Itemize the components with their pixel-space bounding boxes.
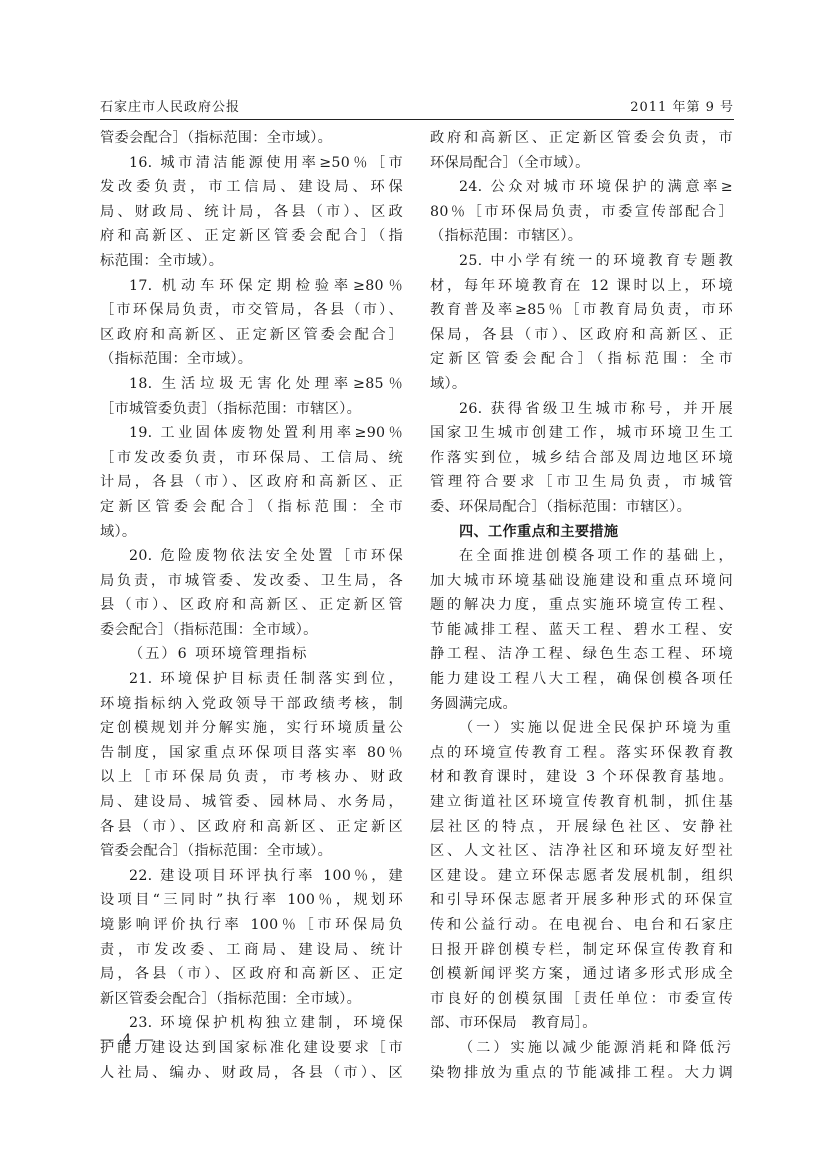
text-line: 建立街道社区环境宣传教育机制，抓住基 xyxy=(430,790,733,815)
text-line: 局负责，市城管委、发改委、卫生局，各 xyxy=(100,569,403,594)
text-line: 局，各县（市）、区政府和高新区、正定 xyxy=(100,962,403,987)
text-line: 各县（市）、区政府和高新区、正定新区 xyxy=(100,815,403,840)
text-line: 计局，各县（市）、区政府和高新区、正 xyxy=(100,470,403,495)
text-line: 设项目“三同时”执行率 100％，规划环 xyxy=(100,888,403,913)
text-line: 环境指标纳入党政领导干部政绩考核，制 xyxy=(100,692,403,717)
text-line: 80％［市环保局负责，市委宣传部配合］ xyxy=(430,200,733,225)
text-line: 委会配合］（指标范围：全市域）。 xyxy=(100,618,403,643)
text-line: 定新区管委会配合］（指标范围：全市 xyxy=(100,495,403,520)
text-line: 点的环境宣传教育工程。落实环保教育教 xyxy=(430,741,733,766)
text-line: 21. 环境保护目标责任制落实到位， xyxy=(100,667,403,692)
text-line: 四、工作重点和主要措施 xyxy=(430,520,733,545)
text-line: ［市环保局负责，市交管局，各县（市）、 xyxy=(100,298,403,323)
text-line: 部、市环保局 教育局］。 xyxy=(430,1011,733,1036)
text-line: 区建设。建立环保志愿者发展机制，组织 xyxy=(430,864,733,889)
text-line: （指标范围：全市域）。 xyxy=(100,347,403,372)
text-line: 人社局、编办、财政局，各县（市）、区 xyxy=(100,1061,403,1086)
text-line: 境影响评价执行率 100％［市环保局负 xyxy=(100,913,403,938)
text-line: 静工程、洁净工程、绿色生态工程、环境 xyxy=(430,642,733,667)
text-line: 区、人文社区、洁净社区和环境友好型社 xyxy=(430,839,733,864)
text-line: ［市发改委负责，市环保局、工信局、统 xyxy=(100,446,403,471)
text-line: 创模新闻评奖方案，通过诸多形式形成全 xyxy=(430,962,733,987)
text-line: 务圆满完成。 xyxy=(430,692,733,717)
text-line: 局、建设局、城管委、园林局、水务局， xyxy=(100,790,403,815)
text-line: 节能减排工程、蓝天工程、碧水工程、安 xyxy=(430,618,733,643)
text-line: 保局，各县（市）、区政府和高新区、正 xyxy=(430,323,733,348)
text-line: （一）实施以促进全民保护环境为重 xyxy=(430,716,733,741)
text-line: 管委会配合］（指标范围：全市域）。 xyxy=(100,126,403,151)
running-header: 石家庄市人民政府公报 2011 年第 9 号 xyxy=(100,96,734,118)
text-line: 传和公益行动。在电视台、电台和石家庄 xyxy=(430,913,733,938)
text-line: 材和教育课时，建设 3 个环保教育基地。 xyxy=(430,765,733,790)
text-line: 局、财政局、统计局，各县（市）、区政 xyxy=(100,200,403,225)
text-line: 层社区的特点，开展绿色社区、安静社 xyxy=(430,815,733,840)
text-line: （五）6 项环境管理指标 xyxy=(100,642,403,667)
text-line: 市良好的创模氛围［责任单位：市委宣传 xyxy=(430,987,733,1012)
text-line: 18. 生活垃圾无害化处理率≥85％ xyxy=(100,372,403,397)
text-line: 国家卫生城市创建工作，城市环境卫生工 xyxy=(430,421,733,446)
text-line: 以上［市环保局负责，市考核办、财政 xyxy=(100,765,403,790)
publication-title: 石家庄市人民政府公报 xyxy=(100,96,240,115)
text-line: 17. 机动车环保定期检验率≥80％ xyxy=(100,274,403,299)
text-line: 政府和高新区、正定新区管委会负责，市 xyxy=(430,126,733,151)
text-line: 府和高新区、正定新区管委会配合］（指 xyxy=(100,224,403,249)
text-line: 域）。 xyxy=(430,372,733,397)
text-line: （二）实施以减少能源消耗和降低污 xyxy=(430,1036,733,1061)
text-line: 委、环保局配合］（指标范围：市辖区）。 xyxy=(430,495,733,520)
text-line: 日报开辟创模专栏，制定环保宣传教育和 xyxy=(430,938,733,963)
text-line: ［市城管委负责］（指标范围：市辖区）。 xyxy=(100,397,403,422)
text-line: 20. 危险废物依法安全处置［市环保 xyxy=(100,544,403,569)
text-line: 26. 获得省级卫生城市称号，并开展 xyxy=(430,397,733,422)
text-line: 25. 中小学有统一的环境教育专题教 xyxy=(430,249,733,274)
header-divider xyxy=(100,119,734,120)
text-line: 环保局配合］（全市域）。 xyxy=(430,151,733,176)
text-line: 和引导环保志愿者开展多种形式的环保宣 xyxy=(430,888,733,913)
text-line: 在全面推进创模各项工作的基础上， xyxy=(430,544,733,569)
text-line: 责，市发改委、工商局、建设局、统计 xyxy=(100,938,403,963)
text-line: （指标范围：市辖区）。 xyxy=(430,224,733,249)
text-line: 19. 工业固体废物处置利用率≥90％ xyxy=(100,421,403,446)
right-column: 政府和高新区、正定新区管委会负责，市环保局配合］（全市域）。24. 公众对城市环… xyxy=(430,126,733,1085)
page-number: — 4 — xyxy=(100,1032,156,1048)
text-line: 定新区管委会配合］（指标范围：全市 xyxy=(430,347,733,372)
text-line: 加大城市环境基础设施建设和重点环境问 xyxy=(430,569,733,594)
text-line: 管委会配合］（指标范围：全市域）。 xyxy=(100,839,403,864)
text-line: 教育普及率≥85％［市教育局负责，市环 xyxy=(430,298,733,323)
text-line: 区政府和高新区、正定新区管委会配合］ xyxy=(100,323,403,348)
issue-number: 2011 年第 9 号 xyxy=(630,96,734,115)
text-line: 染物排放为重点的节能减排工程。大力调 xyxy=(430,1061,733,1086)
left-column: 管委会配合］（指标范围：全市域）。16. 城市清洁能源使用率≥50％［市发改委负… xyxy=(100,126,403,1085)
text-line: 发改委负责，市工信局、建设局、环保 xyxy=(100,175,403,200)
text-line: 域）。 xyxy=(100,520,403,545)
text-line: 管理符合要求［市卫生局负责，市城管 xyxy=(430,470,733,495)
text-line: 24. 公众对城市环境保护的满意率≥ xyxy=(430,175,733,200)
text-line: 22. 建设项目环评执行率 100％，建 xyxy=(100,864,403,889)
text-line: 县（市）、区政府和高新区、正定新区管 xyxy=(100,593,403,618)
text-line: 能力建设工程八大工程，确保创模各项任 xyxy=(430,667,733,692)
text-line: 告制度，国家重点环保项目落实率 80％ xyxy=(100,741,403,766)
text-line: 新区管委会配合］（指标范围：全市域）。 xyxy=(100,987,403,1012)
text-line: 材，每年环境教育在 12 课时以上，环境 xyxy=(430,274,733,299)
text-line: 题的解决力度，重点实施环境宣传工程、 xyxy=(430,593,733,618)
text-line: 定创模规划并分解实施，实行环境质量公 xyxy=(100,716,403,741)
text-line: 16. 城市清洁能源使用率≥50％［市 xyxy=(100,151,403,176)
text-line: 标范围：全市域）。 xyxy=(100,249,403,274)
text-line: 作落实到位，城乡结合部及周边地区环境 xyxy=(430,446,733,471)
